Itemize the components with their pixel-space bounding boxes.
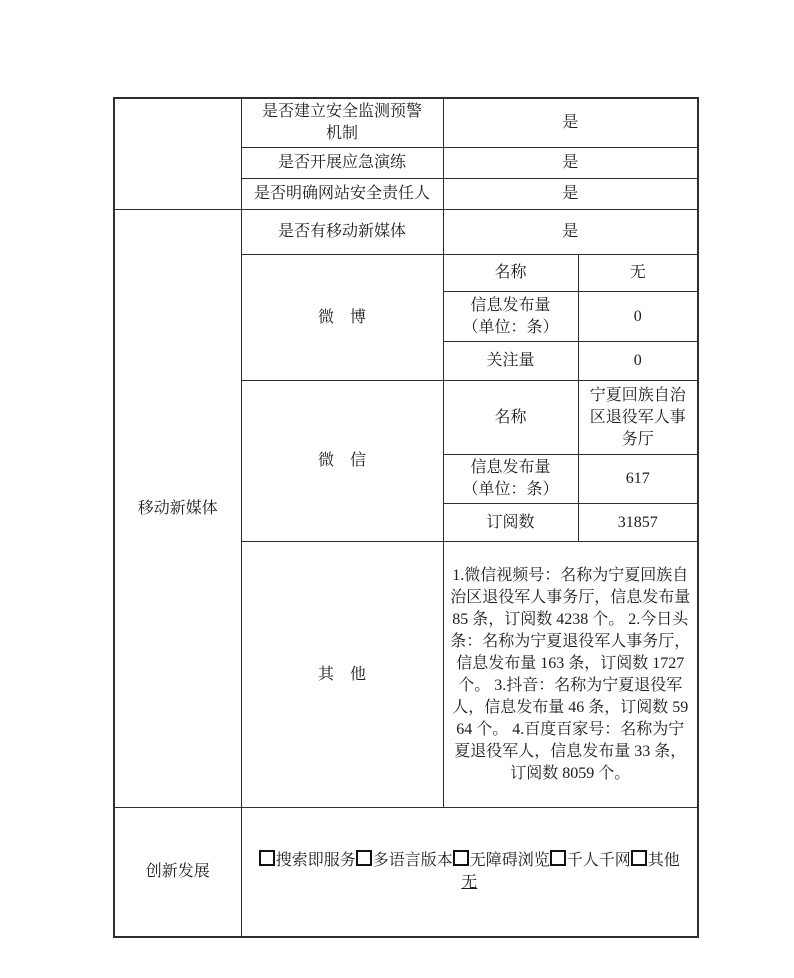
security-responsible-value: 是 [443,179,698,210]
weibo-label: 微 博 [241,255,443,381]
checkbox-icon-accessibility [453,850,469,866]
weibo-followers-label: 关注量 [443,342,578,381]
wechat-subscribers-label: 订阅数 [443,504,578,542]
other-media-text: 1.微信视频号：名称为宁夏回族自治区退役军人事务厅，信息发布量 85 条，订阅数… [443,542,698,808]
innovation-options-cell: 搜索即服务多语言版本无障碍浏览千人千网其他 无 [241,808,698,937]
checkbox-icon-personalized [550,850,566,866]
weibo-name-label: 名称 [443,255,578,292]
option-accessibility: 无障碍浏览 [470,852,550,869]
has-mobile-media-value: 是 [443,210,698,255]
table-row: 移动新媒体 是否有移动新媒体 是 [114,210,698,255]
innovation-other-value: 无 [461,874,477,891]
security-monitor-value: 是 [443,98,698,148]
weibo-posts-label: 信息发布量 （单位：条） [443,292,578,342]
emergency-drill-label: 是否开展应急演练 [241,148,443,179]
innovation-checkbox-row: 搜索即服务多语言版本无障碍浏览千人千网其他 [248,850,692,872]
option-other: 其他 [648,852,680,869]
has-mobile-media-label: 是否有移动新媒体 [241,210,443,255]
other-media-label: 其 他 [241,542,443,808]
option-personalized: 千人千网 [567,852,631,869]
mobile-media-section-label: 移动新媒体 [114,210,241,808]
report-table-page: 是否建立安全监测预警 机制 是 是否开展应急演练 是 是否明确网站安全责任人 是… [113,97,699,938]
checkbox-icon-multilanguage [356,850,372,866]
table-row: 创新发展 搜索即服务多语言版本无障碍浏览千人千网其他 无 [114,808,698,937]
weibo-posts-value: 0 [578,292,698,342]
option-multilanguage: 多语言版本 [373,852,453,869]
wechat-subscribers-value: 31857 [578,504,698,542]
checkbox-icon-search-service [259,850,275,866]
wechat-posts-value: 617 [578,455,698,504]
annual-report-table: 是否建立安全监测预警 机制 是 是否开展应急演练 是 是否明确网站安全责任人 是… [113,97,699,938]
wechat-name-value: 宁夏回族自治区退役军人事务厅 [578,381,698,455]
table-row: 是否建立安全监测预警 机制 是 [114,98,698,148]
innovation-other-fill: 无 [248,872,692,894]
security-monitor-label: 是否建立安全监测预警 机制 [241,98,443,148]
wechat-name-label: 名称 [443,381,578,455]
security-section-cell-empty [114,98,241,210]
document-page: { "security": { "rows": [ { "label": "是否… [0,0,794,978]
option-search-service: 搜索即服务 [276,852,356,869]
emergency-drill-value: 是 [443,148,698,179]
weibo-name-value: 无 [578,255,698,292]
wechat-posts-label: 信息发布量 （单位：条） [443,455,578,504]
checkbox-icon-other [631,850,647,866]
security-responsible-label: 是否明确网站安全责任人 [241,179,443,210]
innovation-section-label: 创新发展 [114,808,241,937]
weibo-followers-value: 0 [578,342,698,381]
wechat-label: 微 信 [241,381,443,542]
